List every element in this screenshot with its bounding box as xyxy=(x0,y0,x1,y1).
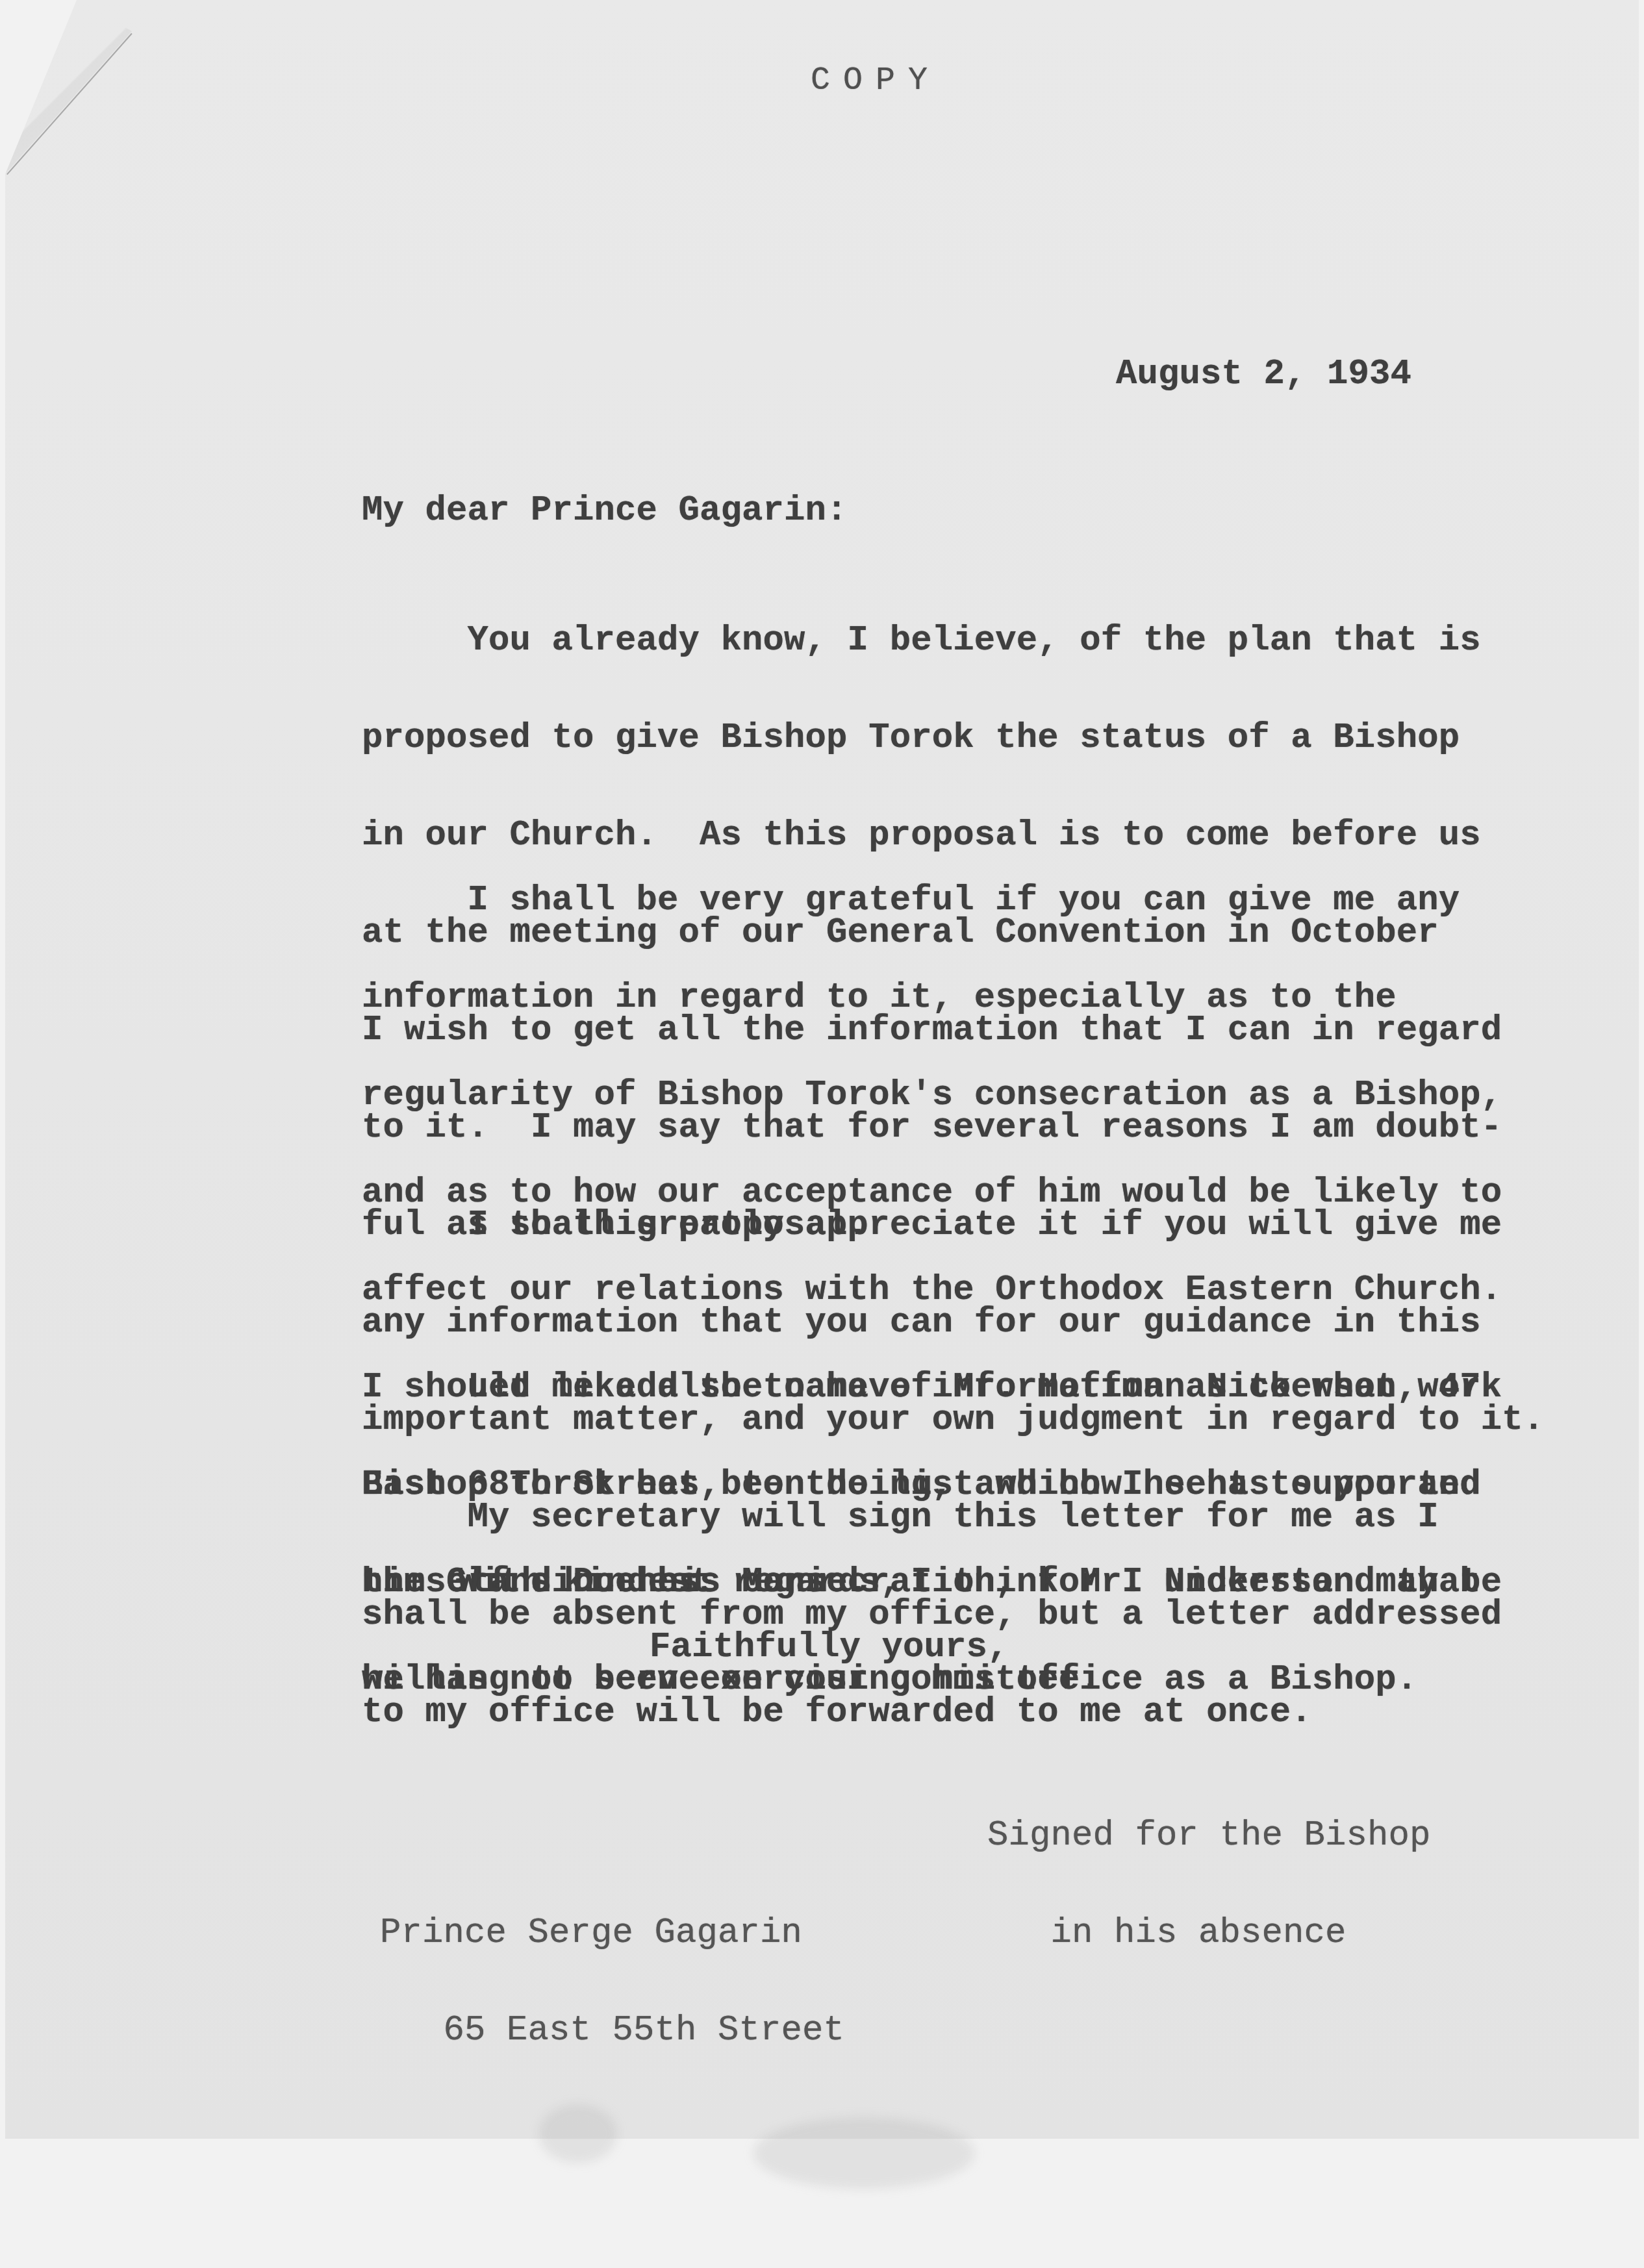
copy-mark: COPY xyxy=(811,65,941,97)
letter-date: August 2, 1934 xyxy=(1116,359,1411,391)
paragraph-line: to my office will be forwarded to me at … xyxy=(362,1696,1502,1729)
paragraph-line: Let me add the name of Mr. Hoffman Nicke… xyxy=(362,1372,1502,1404)
paragraph-line: I shall be very grateful if you can give… xyxy=(362,885,1502,917)
signature-note: Signed for the Bishop in his absence xyxy=(987,1755,1431,1982)
addressee-name: Prince Serge Gagarin xyxy=(380,1917,844,1950)
water-stain xyxy=(539,2104,617,2163)
addressee-address: 65 East 55th Street xyxy=(380,2015,844,2047)
paragraph-line: information in regard to it, especially … xyxy=(362,982,1502,1014)
salutation: My dear Prince Gagarin: xyxy=(362,495,848,527)
valediction: Faithfully yours, xyxy=(650,1632,1009,1664)
water-stain xyxy=(753,2117,974,2189)
paragraph-line: I shall greatly appreciate it if you wil… xyxy=(362,1209,1544,1242)
paragraph-line: proposed to give Bishop Torok the status… xyxy=(362,722,1502,755)
addressee-block: Prince Serge Gagarin 65 East 55th Street xyxy=(380,1852,844,2080)
paragraph-line: shall be absent from my office, but a le… xyxy=(362,1599,1502,1632)
paragraph-line: My secretary will sign this letter for m… xyxy=(362,1502,1502,1534)
paragraph-line: You already know, I believe, of the plan… xyxy=(362,625,1502,657)
folded-corner xyxy=(5,0,132,174)
paragraph-line: regularity of Bishop Torok's consecratio… xyxy=(362,1079,1502,1112)
signature-note-line-2: in his absence xyxy=(987,1917,1431,1950)
closing: With kindest regards, xyxy=(458,1567,902,1599)
signature-note-line-1: Signed for the Bishop xyxy=(987,1820,1431,1852)
